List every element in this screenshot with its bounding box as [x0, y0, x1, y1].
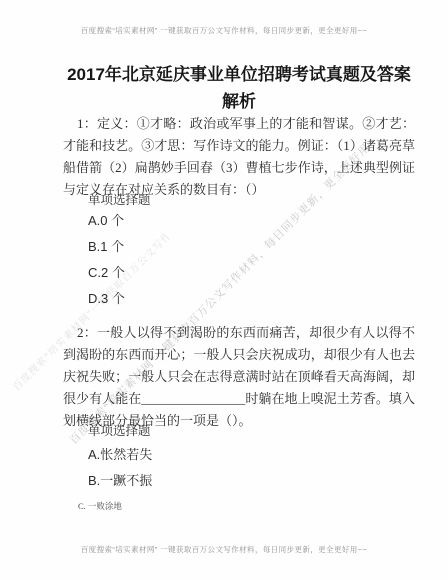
option-b: B.一蹶不振: [88, 471, 152, 497]
question-2-stem: 2：一般人以得不到渴盼的东西而痛苦，却很少有人以得不到渴盼的东西而开心；一般人只…: [63, 322, 415, 432]
footer-promo-note: 百度搜索“培实素材网” 一键获取百万公文写作材料，每日同步更新，更全更好用~~: [0, 544, 448, 555]
option-c-small: C. 一败涂地: [78, 500, 122, 512]
question-2-type-label: 单项选择题: [88, 421, 151, 439]
question-1-type-label: 单项选择题: [88, 190, 151, 208]
option-c: C.2 个: [88, 263, 125, 289]
option-b: B.1 个: [88, 237, 125, 263]
option-a: A.怅然若失: [88, 445, 152, 471]
document-page: 百度搜索“培实素材网”一键获取百万公文写作材料，每日同步更新，更全更好用~ 百度…: [0, 0, 448, 580]
header-promo-note: 百度搜索“培实素材网” 一键获取百万公文写作材料，每日同步更新，更全更好用~~: [0, 25, 448, 36]
option-a: A.0 个: [88, 211, 125, 237]
option-d: D.3 个: [88, 289, 125, 315]
question-2-options: A.怅然若失 B.一蹶不振: [88, 445, 152, 497]
question-1-stem: 1：定义：①才略：政治或军事上的才能和智谋。②才艺：才能和技艺。③才思：写作诗文…: [63, 113, 415, 201]
question-1-options: A.0 个 B.1 个 C.2 个 D.3 个: [88, 211, 125, 315]
page-title: 2017年北京延庆事业单位招聘考试真题及答案解析: [63, 61, 415, 115]
